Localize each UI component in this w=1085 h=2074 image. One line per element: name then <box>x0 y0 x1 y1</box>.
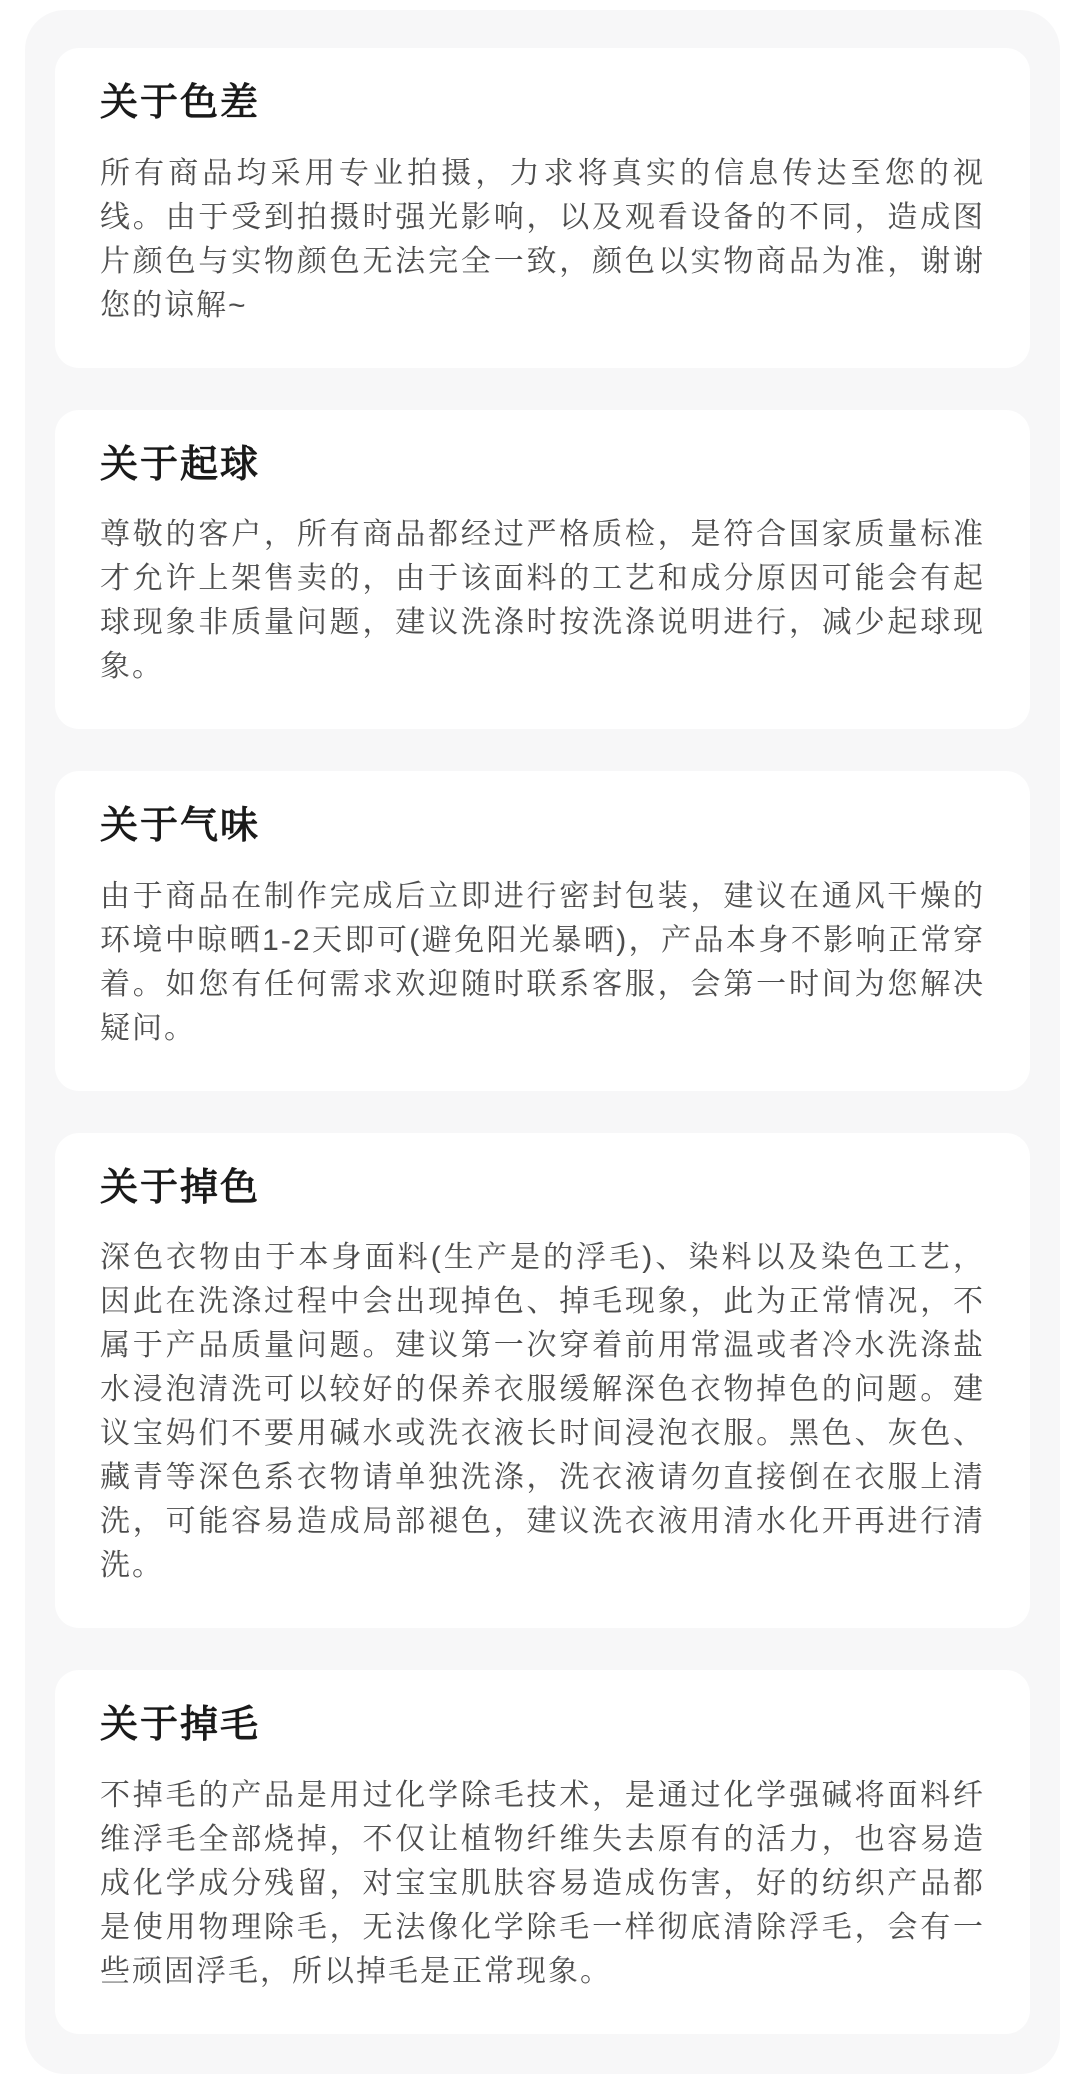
card-title: 关于气味 <box>100 803 985 851</box>
card-title: 关于掉毛 <box>100 1702 985 1750</box>
card-title: 关于色差 <box>100 80 985 128</box>
product-notice-page: 关于色差 所有商品均采用专业拍摄，力求将真实的信息传达至您的视线。由于受到拍摄时… <box>0 0 1085 1920</box>
notice-card-pilling: 关于起球 尊敬的客户，所有商品都经过严格质检，是符合国家质量标准才允许上架售卖的… <box>55 410 1030 730</box>
notice-card-shedding: 关于掉毛 不掉毛的产品是用过化学除毛技术，是通过化学强碱将面料纤维浮毛全部烧掉，… <box>55 1670 1030 2034</box>
card-body: 深色衣物由于本身面料(生产是的浮毛)、染料以及染色工艺，因此在洗涤过程中会出现掉… <box>100 1236 985 1588</box>
card-body: 由于商品在制作完成后立即进行密封包装，建议在通风干燥的环境中晾晒1-2天即可(避… <box>100 875 985 1051</box>
card-body: 不掉毛的产品是用过化学除毛技术，是通过化学强碱将面料纤维浮毛全部烧掉，不仅让植物… <box>100 1774 985 1994</box>
card-title: 关于起球 <box>100 442 985 490</box>
card-body: 尊敬的客户，所有商品都经过严格质检，是符合国家质量标准才允许上架售卖的，由于该面… <box>100 513 985 689</box>
notice-card-fading: 关于掉色 深色衣物由于本身面料(生产是的浮毛)、染料以及染色工艺，因此在洗涤过程… <box>55 1133 1030 1629</box>
notice-panel: 关于色差 所有商品均采用专业拍摄，力求将真实的信息传达至您的视线。由于受到拍摄时… <box>25 10 1060 2074</box>
notice-card-odor: 关于气味 由于商品在制作完成后立即进行密封包装，建议在通风干燥的环境中晾晒1-2… <box>55 771 1030 1091</box>
card-title: 关于掉色 <box>100 1165 985 1213</box>
notice-card-color-difference: 关于色差 所有商品均采用专业拍摄，力求将真实的信息传达至您的视线。由于受到拍摄时… <box>55 48 1030 368</box>
card-body: 所有商品均采用专业拍摄，力求将真实的信息传达至您的视线。由于受到拍摄时强光影响，… <box>100 152 985 328</box>
